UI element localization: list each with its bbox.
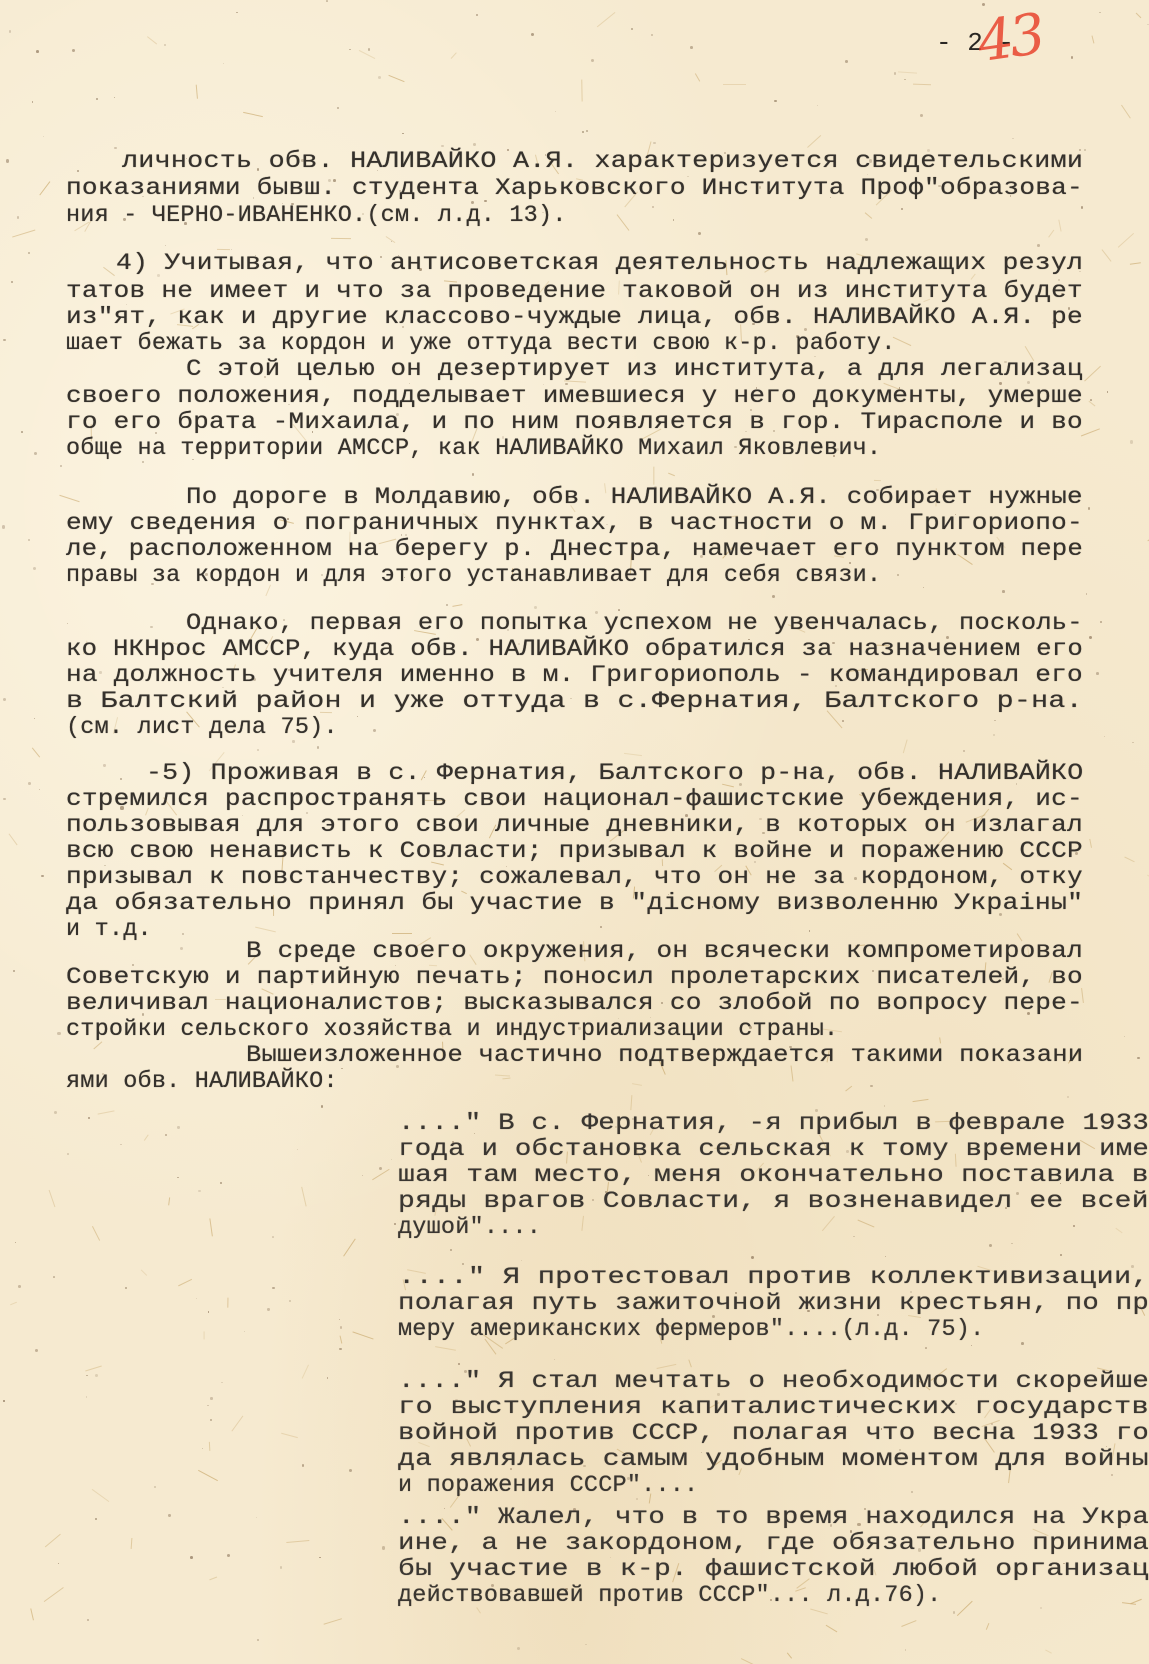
quote-1-line: шая там место, меня окончательно постави… <box>398 1164 1149 1188</box>
point-5-line: призывал к повстанчеству; сожалевал, что… <box>66 866 1083 890</box>
handwritten-folio-number: 43 <box>974 2 1046 75</box>
desertion-line: С этой целью он дезертирует из института… <box>186 358 1083 382</box>
quote-3-line: го выступления капиталистических государ… <box>398 1396 1149 1420</box>
first-attempt-line: на должность учителя именно в м. Григори… <box>66 664 1083 688</box>
intro-line: личность обв. НАЛИВАЙКО А.Я. характеризу… <box>122 150 1083 174</box>
point-4-line: из"ят, как и другие классово-чуждые лица… <box>66 306 1083 330</box>
moldavia-line: По дороге в Молдавию, обв. НАЛИВАЙКО А.Я… <box>186 486 1083 510</box>
confirmation-line: ями обв. НАЛИВАЙКО: <box>66 1070 338 1094</box>
quote-4-line: ...." Жалел, что в то время находился на… <box>398 1506 1149 1530</box>
confirmation-line: Вышеизложенное частично подтверждается т… <box>246 1044 1083 1068</box>
environment-line: В среде своего окружения, он всячески ко… <box>246 940 1083 964</box>
quote-3-line: войной против СССР, полагая что весна 19… <box>398 1422 1149 1446</box>
first-attempt-line: Однако, первая его попытка успехом не ув… <box>186 612 1083 636</box>
quote-4-line: ине, а не закордоном, где обязательно пр… <box>398 1532 1149 1556</box>
moldavia-line: ему сведения о пограничных пунктах, в ча… <box>66 512 1083 536</box>
desertion-line: своего положения, подделывает имевшиеся … <box>66 385 1083 409</box>
quote-2-line: ...." Я протестовал против коллективизац… <box>398 1266 1149 1290</box>
quote-1-line: ...." В с. Фернатия, -я прибыл в феврале… <box>398 1112 1149 1136</box>
point-4-line: шает бежать за кордон и уже оттуда вести… <box>66 332 896 356</box>
point-5-line: всю свою ненависть к Совласти; призывал … <box>66 840 1083 864</box>
quote-4-line: действовавшей против СССР"... л.д.76). <box>398 1584 942 1608</box>
desertion-line: го его брата -Михаила, и по ним появляет… <box>66 411 1083 435</box>
quote-3-line: ...." Я стал мечтать о необходимости ско… <box>398 1370 1149 1394</box>
moldavia-line: правы за кордон и для этого устанавливае… <box>66 564 881 588</box>
point-5-line: и т.д. <box>66 918 152 942</box>
environment-line: Советскую и партийную печать; поносил пр… <box>66 966 1083 990</box>
point-5-line: пользовывая для этого свои личные дневни… <box>66 814 1083 838</box>
moldavia-line: ле, расположенном на берегу р. Днестра, … <box>66 538 1083 562</box>
environment-line: стройки сельского хозяйства и индустриал… <box>66 1018 838 1042</box>
quote-3-line: и поражения СССР".... <box>398 1474 698 1498</box>
quote-1-line: ряды врагов Совласти, я возненавидел ее … <box>398 1190 1149 1214</box>
quote-1-line: душой".... <box>398 1216 541 1240</box>
first-attempt-line: ко НКНрос АМССР, куда обв. НАЛИВАЙКО обр… <box>66 638 1083 662</box>
environment-line: величивал националистов; высказывался со… <box>66 992 1083 1016</box>
point-5-line: стремился распространять свои национал-ф… <box>66 788 1083 812</box>
first-attempt-line: (см. лист дела 75). <box>66 716 338 740</box>
quote-1-line: года и обстановка сельская к тому времен… <box>398 1138 1149 1162</box>
quote-4-line: бы участие в к-р. фашистской любой орган… <box>398 1558 1149 1582</box>
intro-line: показаниями бывш. студента Харьковского … <box>66 177 1083 201</box>
archival-document-page: - 2 - 43 личность обв. НАЛИВАЙКО А.Я. ха… <box>0 0 1149 1664</box>
desertion-line: обще на территории АМССР, как НАЛИВАЙКО … <box>66 437 881 461</box>
point-5-line: -5) Проживая в с. Фернатия, Балтского р-… <box>146 762 1083 786</box>
point-4-line: татов не имеет и что за проведение таков… <box>66 280 1083 304</box>
point-5-line: да обязательно принял бы участие в "дiсн… <box>66 892 1083 916</box>
intro-line: ния - ЧЕРНО-ИВАНЕНКО.(см. л.д. 13). <box>66 204 567 228</box>
first-attempt-line: в Балтский район и уже оттуда в с.Фернат… <box>66 690 1083 714</box>
quote-2-line: полагая путь зажиточной жизни крестьян, … <box>398 1292 1149 1316</box>
point-4-line: 4) Учитывая, что антисоветская деятельно… <box>116 252 1083 276</box>
quote-2-line: меру американских фермеров"....(л.д. 75)… <box>398 1318 984 1342</box>
quote-3-line: да являлась самым удобным моментом для в… <box>398 1448 1149 1472</box>
